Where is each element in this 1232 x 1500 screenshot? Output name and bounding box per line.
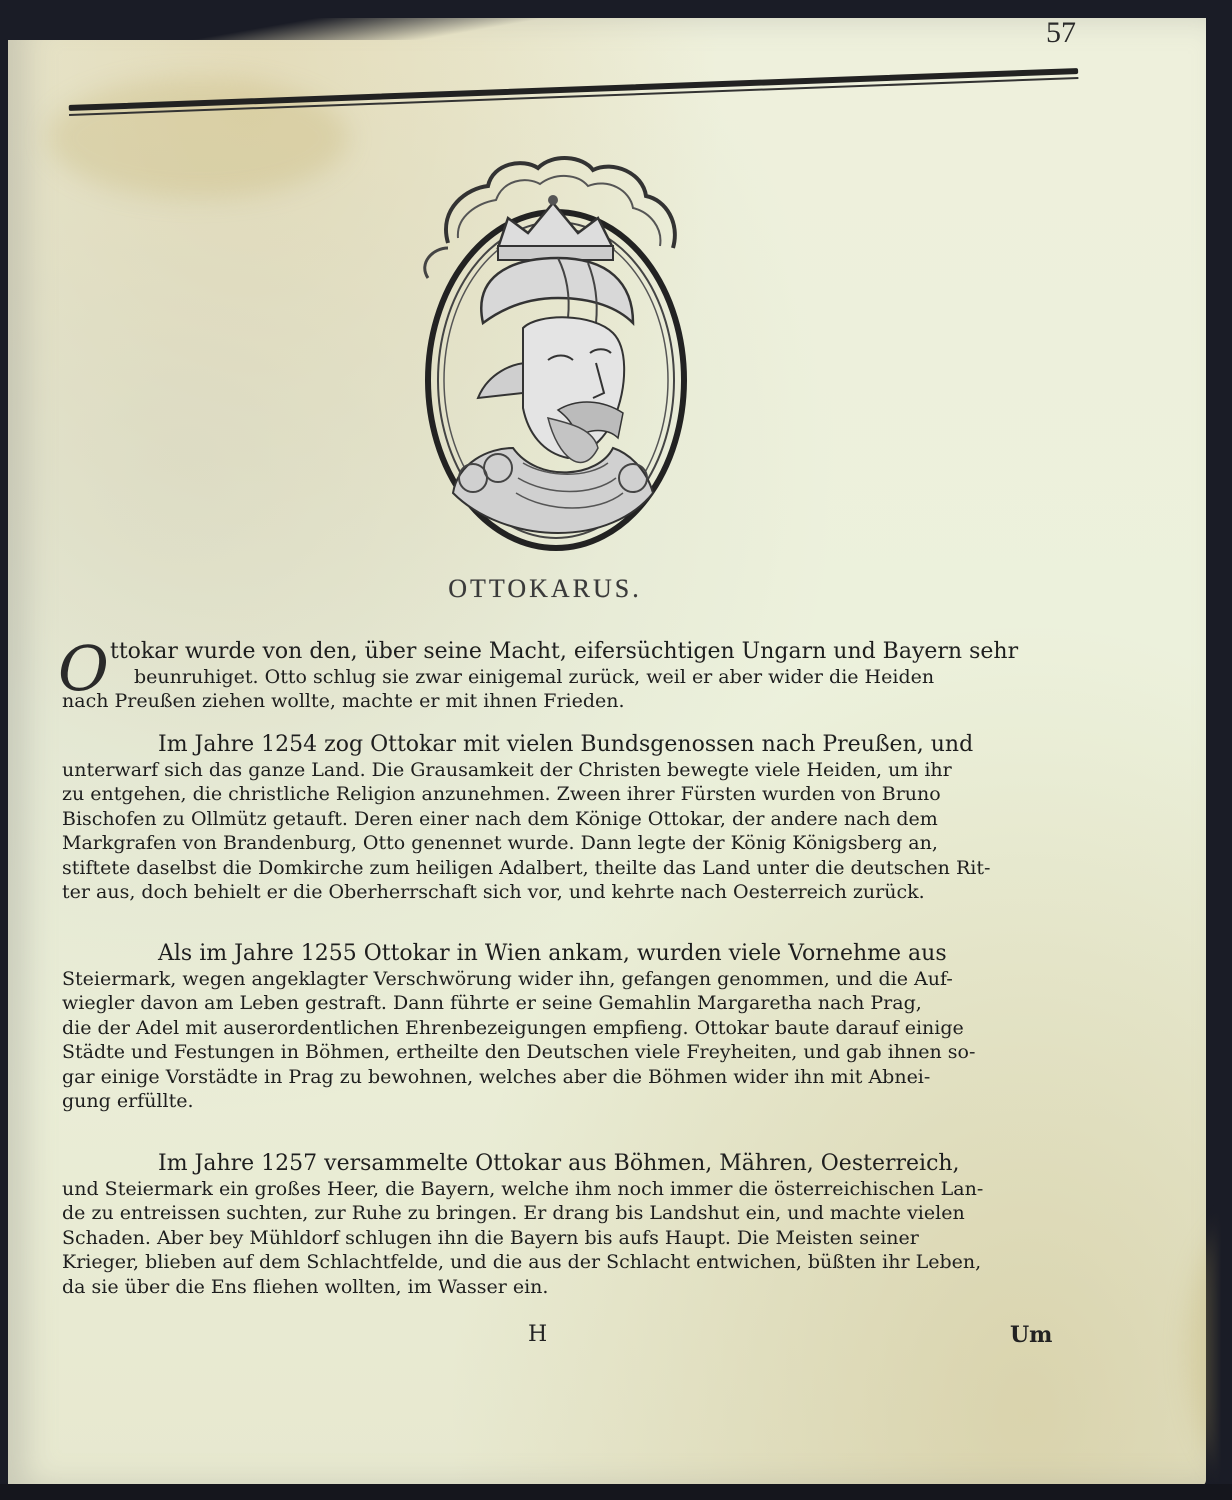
text-line: nach Preußen ziehen wollte, machte er mi…: [62, 689, 1070, 714]
text-line: stiftete daselbst die Domkirche zum heil…: [62, 856, 1070, 881]
crowned-king-portrait-icon: [418, 148, 688, 553]
chapter-title: OTTOKARUS.: [400, 574, 690, 604]
signature-mark: H: [528, 1322, 547, 1347]
text-line: Markgrafen von Brandenburg, Otto genenne…: [62, 831, 1070, 856]
drop-cap: O: [58, 638, 109, 700]
text-line: de zu entreissen suchten, zur Ruhe zu br…: [62, 1201, 1070, 1226]
text-line: und Steiermark ein großes Heer, die Baye…: [62, 1177, 1070, 1202]
text-line: beunruhiget. Otto schlug sie zwar einige…: [62, 665, 1070, 690]
text-line: die der Adel mit auserordentlichen Ehren…: [62, 1016, 1070, 1041]
text-line: Bischofen zu Ollmütz getauft. Deren eine…: [62, 807, 1070, 832]
text-line: wiegler davon am Leben gestraft. Dann fü…: [62, 991, 1070, 1016]
text-line: unterwarf sich das ganze Land. Die Graus…: [62, 758, 1070, 783]
text-line: Im Jahre 1257 versammelte Ottokar aus Bö…: [62, 1152, 1070, 1177]
page-number: 57: [1046, 16, 1076, 50]
text-line: Schaden. Aber bey Mühldorf schlugen ihn …: [62, 1226, 1070, 1251]
text-line: zu entgehen, die christliche Religion an…: [62, 782, 1070, 807]
text-line: Städte und Festungen in Böhmen, ertheilt…: [62, 1040, 1070, 1065]
text-line: gung erfüllte.: [62, 1089, 1070, 1114]
paragraph-2: Im Jahre 1254 zog Ottokar mit vielen Bun…: [62, 733, 1070, 905]
text-line: ter aus, doch behielt er die Oberherrsch…: [62, 880, 1070, 905]
book-edge-right: [1206, 0, 1232, 1500]
paragraph-3: Als im Jahre 1255 Ottokar in Wien ankam,…: [62, 942, 1070, 1114]
paragraph-1: O ttokar wurde von den, über seine Macht…: [62, 640, 1070, 714]
paragraph-4: Im Jahre 1257 versammelte Ottokar aus Bö…: [62, 1152, 1070, 1299]
text-line: Als im Jahre 1255 Ottokar in Wien ankam,…: [62, 942, 1070, 967]
text-line: Krieger, blieben auf dem Schlachtfelde, …: [62, 1250, 1070, 1275]
text-line: Steiermark, wegen angeklagter Verschwöru…: [62, 967, 1070, 992]
text-line: ttokar wurde von den, über seine Macht, …: [62, 640, 1070, 665]
text-line: gar einige Vorstädte in Prag zu bewohnen…: [62, 1065, 1070, 1090]
portrait-woodcut: [418, 148, 688, 553]
text-line: Im Jahre 1254 zog Ottokar mit vielen Bun…: [62, 733, 1070, 758]
book-edge-shadow: [0, 0, 700, 40]
book-edge-bottom: [0, 1484, 1232, 1500]
catchword: Um: [1010, 1322, 1052, 1348]
text-line: da sie über die Ens fliehen wollten, im …: [62, 1275, 1070, 1300]
